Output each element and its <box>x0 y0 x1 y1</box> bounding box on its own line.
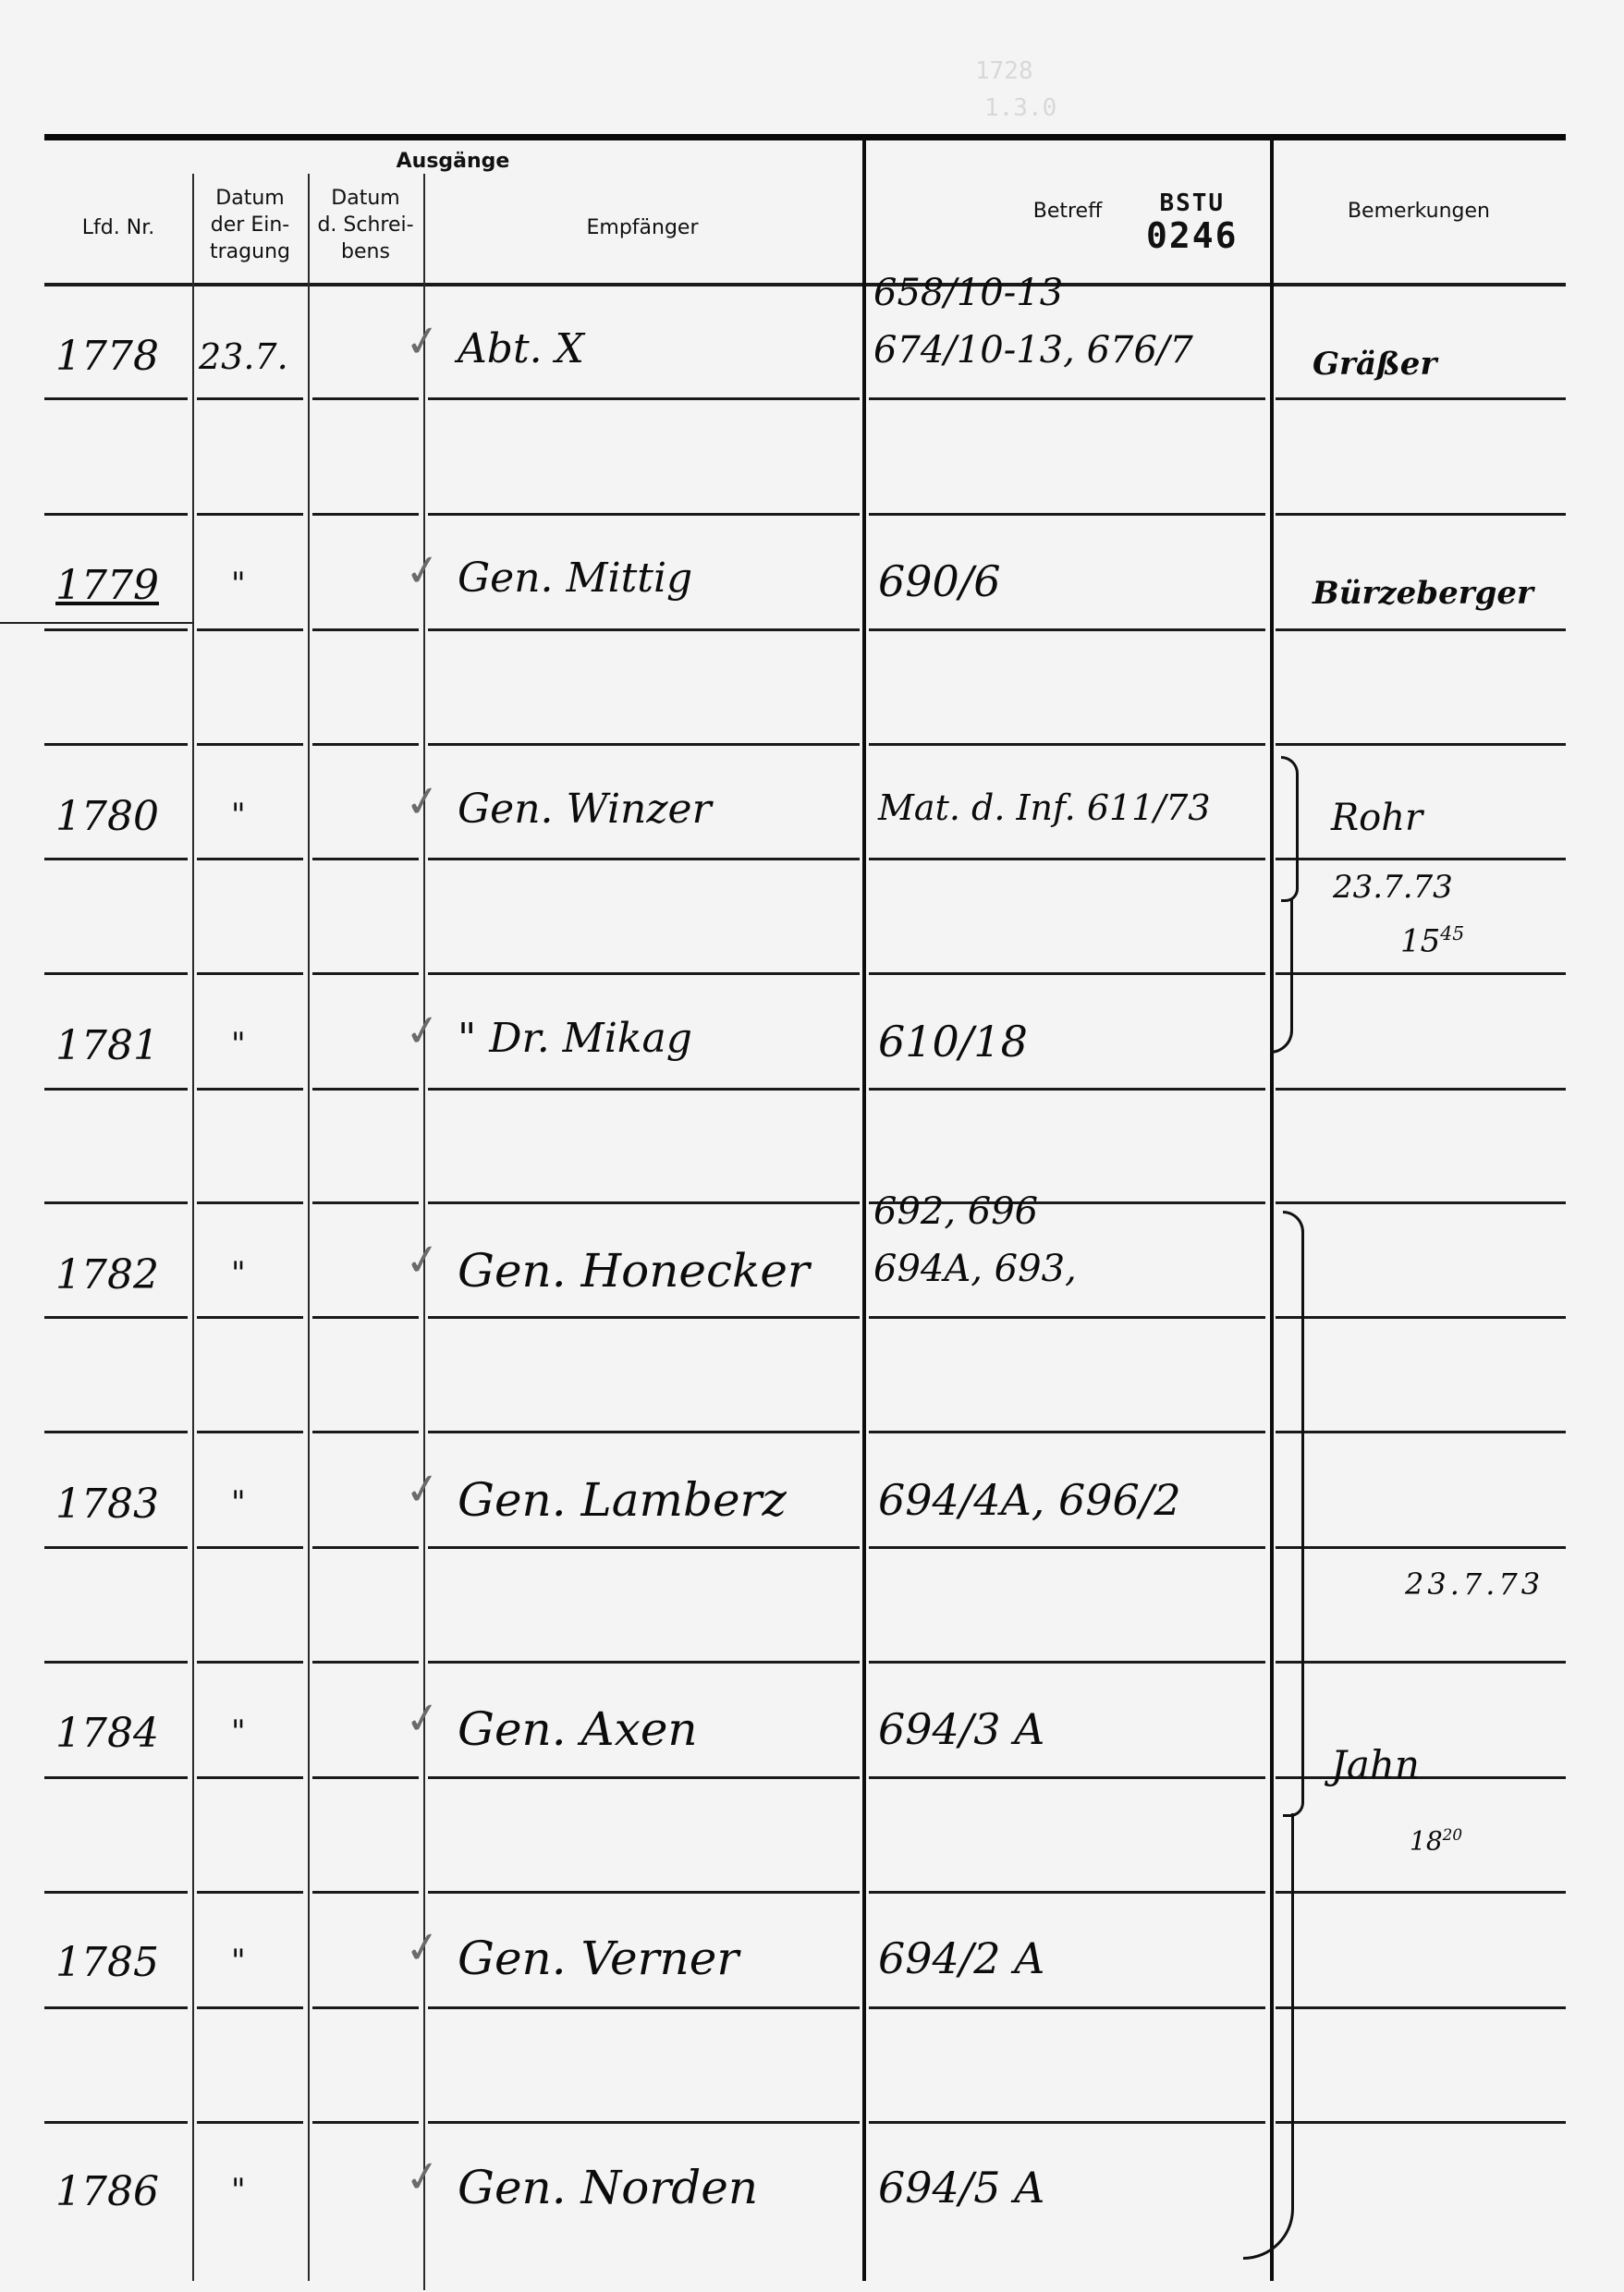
empfaenger: Abt. X <box>458 325 584 372</box>
check-mark-icon: ✓ <box>401 1691 444 1746</box>
row-rule <box>312 1316 419 1319</box>
check-mark-icon: ✓ <box>401 543 444 598</box>
lfd-nr: 1779 <box>55 562 159 609</box>
check-mark-icon: ✓ <box>401 1462 444 1517</box>
brace2-time: 1820 <box>1410 1825 1462 1856</box>
header-group-ausgaenge: Ausgänge <box>370 148 536 175</box>
row-rule <box>1276 1891 1566 1894</box>
row-rule <box>869 743 1265 746</box>
datum-eintragung: " <box>231 1484 246 1521</box>
row-rule <box>1276 1316 1566 1319</box>
row-rule <box>428 1201 860 1204</box>
bracket-1782-1786-lower <box>1243 1813 1294 2260</box>
lfd-nr: 1782 <box>55 1251 159 1298</box>
row-rule <box>44 513 188 516</box>
row-rule <box>1276 513 1566 516</box>
row-rule <box>44 1316 188 1319</box>
header-bottom-rule <box>44 283 1566 286</box>
row-rule <box>312 513 419 516</box>
datum-eintragung: " <box>231 1713 246 1750</box>
check-mark-icon: ✓ <box>401 774 444 829</box>
row-rule <box>1276 1431 1566 1433</box>
bemerkung-signature: Gräßer <box>1313 346 1436 383</box>
check-mark-icon: ✓ <box>401 314 444 369</box>
row-rule <box>312 2121 419 2124</box>
bracket-1780-1781 <box>1281 756 1299 902</box>
row-rule <box>312 1201 419 1204</box>
brace2-date: 23.7.73 <box>1405 1567 1544 1602</box>
row-rule <box>197 1201 303 1204</box>
row-rule <box>869 2121 1265 2124</box>
row-rule <box>197 1776 303 1779</box>
row-rule <box>312 1891 419 1894</box>
row-rule <box>44 972 188 975</box>
row-rule <box>428 1088 860 1091</box>
row-rule <box>428 1316 860 1319</box>
empfaenger: Gen. Winzer <box>458 786 712 833</box>
row-rule <box>312 1546 419 1549</box>
col-divider-1 <box>192 174 194 2281</box>
row-rule <box>428 513 860 516</box>
row-rule <box>869 858 1265 860</box>
check-mark-icon: ✓ <box>401 1004 444 1058</box>
empfaenger: Gen. Honecker <box>458 1244 810 1298</box>
row-rule <box>869 1316 1265 1319</box>
empfaenger: " Dr. Mikag <box>458 1015 692 1062</box>
row-rule <box>197 858 303 860</box>
row-rule <box>869 1546 1265 1549</box>
archive-stamp: BSTU 0246 <box>1146 189 1239 254</box>
row-rule <box>44 1891 188 1894</box>
row-rule <box>1276 2006 1566 2009</box>
col-divider-betreff <box>862 137 866 2281</box>
brace1-time: 1545 <box>1400 922 1464 959</box>
header-betreff: Betreff <box>998 198 1137 225</box>
betreff-line-2: 674/10-13, 676/7 <box>873 329 1193 372</box>
row-rule <box>428 2006 860 2009</box>
lfd-nr: 1785 <box>55 1939 159 1986</box>
betreff: 694/2 A <box>878 1933 1044 1983</box>
row-rule <box>197 1546 303 1549</box>
row-rule <box>312 743 419 746</box>
datum-eintragung: " <box>231 797 246 834</box>
check-mark-icon: ✓ <box>401 1920 444 1975</box>
lfd-nr: 1780 <box>55 793 159 840</box>
row-rule <box>428 743 860 746</box>
brace2-signature: Jahn <box>1331 1742 1420 1787</box>
row-rule <box>44 1776 188 1779</box>
margin-mark <box>0 622 194 624</box>
row-rule <box>1276 743 1566 746</box>
row-rule <box>1276 2121 1566 2124</box>
col-divider-2 <box>308 174 310 2281</box>
row-rule <box>1276 628 1566 631</box>
betreff-line-1: 658/10-13 <box>873 272 1063 314</box>
bracket-1780-1781-lower <box>1270 898 1293 1054</box>
datum-eintragung: " <box>231 1943 246 1980</box>
betreff-line-2: 694A, 693, <box>873 1248 1077 1290</box>
row-rule <box>44 1661 188 1664</box>
header-lfd-nr: Lfd. Nr. <box>44 214 192 241</box>
row-rule <box>869 1776 1265 1779</box>
col-divider-3 <box>423 174 425 2290</box>
empfaenger: Gen. Norden <box>458 2161 758 2214</box>
row-rule <box>869 2006 1265 2009</box>
row-rule <box>312 1088 419 1091</box>
row-rule <box>312 1661 419 1664</box>
datum-eintragung: " <box>231 566 246 603</box>
betreff: Mat. d. Inf. 611/73 <box>878 787 1211 828</box>
row-rule <box>1276 1661 1566 1664</box>
row-rule <box>197 972 303 975</box>
row-rule <box>1276 1088 1566 1091</box>
row-rule <box>869 1661 1265 1664</box>
top-rule <box>44 134 1566 140</box>
row-rule <box>44 1431 188 1433</box>
empfaenger: Gen. Verner <box>458 1932 739 1985</box>
row-rule <box>869 972 1265 975</box>
header-empfaenger: Empfänger <box>518 214 767 241</box>
row-rule <box>428 1546 860 1549</box>
row-rule <box>869 1431 1265 1433</box>
row-rule <box>869 1088 1265 1091</box>
row-rule <box>428 397 860 400</box>
betreff: 694/3 A <box>878 1704 1044 1754</box>
faint-stamp-top: 1728 <box>975 57 1033 85</box>
row-rule <box>197 1316 303 1319</box>
row-rule <box>869 513 1265 516</box>
row-rule <box>197 1891 303 1894</box>
row-rule <box>312 858 419 860</box>
betreff: 690/6 <box>878 556 1001 606</box>
row-rule <box>312 2006 419 2009</box>
row-rule <box>44 1201 188 1204</box>
row-rule <box>428 2121 860 2124</box>
empfaenger: Gen. Axen <box>458 1702 698 1756</box>
row-rule <box>44 2006 188 2009</box>
row-rule <box>428 1891 860 1894</box>
row-rule <box>44 1546 188 1549</box>
empfaenger: Gen. Mittig <box>458 555 692 602</box>
check-mark-icon: ✓ <box>401 2150 444 2204</box>
row-rule <box>197 743 303 746</box>
betreff: 694/5 A <box>878 2163 1044 2213</box>
empfaenger: Gen. Lamberz <box>458 1473 787 1527</box>
row-rule <box>44 743 188 746</box>
row-rule <box>197 2121 303 2124</box>
row-rule <box>197 1661 303 1664</box>
row-rule <box>1276 1201 1566 1204</box>
brace1-date: 23.7.73 <box>1333 869 1453 906</box>
row-rule <box>428 1661 860 1664</box>
lfd-nr: 1783 <box>55 1481 159 1528</box>
row-rule <box>197 513 303 516</box>
faint-stamp-bottom: 1.3.0 <box>984 94 1056 122</box>
row-rule <box>869 1891 1265 1894</box>
header-bemerkungen: Bemerkungen <box>1313 198 1525 225</box>
lfd-nr: 1784 <box>55 1710 159 1757</box>
row-rule <box>44 1088 188 1091</box>
row-rule <box>44 628 188 631</box>
brace1-signature: Rohr <box>1331 797 1423 839</box>
row-rule <box>44 2121 188 2124</box>
row-rule <box>312 628 419 631</box>
row-rule <box>1276 858 1566 860</box>
row-rule <box>312 397 419 400</box>
row-rule <box>1276 397 1566 400</box>
row-rule <box>197 397 303 400</box>
lfd-nr: 1778 <box>55 333 159 380</box>
row-rule <box>1276 1776 1566 1779</box>
row-rule <box>312 1776 419 1779</box>
betreff: 610/18 <box>878 1017 1028 1067</box>
row-rule <box>197 2006 303 2009</box>
header-datum-schreibens: Datum d. Schrei- bens <box>308 185 423 265</box>
row-rule <box>428 628 860 631</box>
row-rule <box>312 972 419 975</box>
betreff-line-1: 692, 696 <box>873 1190 1038 1233</box>
lfd-nr: 1781 <box>55 1022 159 1069</box>
row-rule <box>197 1088 303 1091</box>
datum-eintragung: " <box>231 1255 246 1292</box>
row-rule <box>44 858 188 860</box>
bracket-1782-1786-upper <box>1283 1211 1304 1817</box>
row-rule <box>197 628 303 631</box>
row-rule <box>869 628 1265 631</box>
row-rule <box>1276 972 1566 975</box>
row-rule <box>428 1776 860 1779</box>
row-rule <box>428 972 860 975</box>
datum-eintragung: " <box>231 2172 246 2209</box>
header-datum-eintragung: Datum der Ein- tragung <box>192 185 308 265</box>
check-mark-icon: ✓ <box>401 1233 444 1287</box>
row-rule <box>44 397 188 400</box>
row-rule <box>1276 1546 1566 1549</box>
bemerkung-signature: Bürzeberger <box>1313 575 1533 612</box>
lfd-nr: 1786 <box>55 2168 159 2215</box>
row-rule <box>869 397 1265 400</box>
row-rule <box>428 1431 860 1433</box>
row-rule <box>312 1431 419 1433</box>
row-rule <box>428 858 860 860</box>
row-rule <box>197 1431 303 1433</box>
betreff: 694/4A, 696/2 <box>878 1475 1181 1525</box>
datum-eintragung: " <box>231 1026 246 1063</box>
datum-eintragung: 23.7. <box>199 336 288 377</box>
